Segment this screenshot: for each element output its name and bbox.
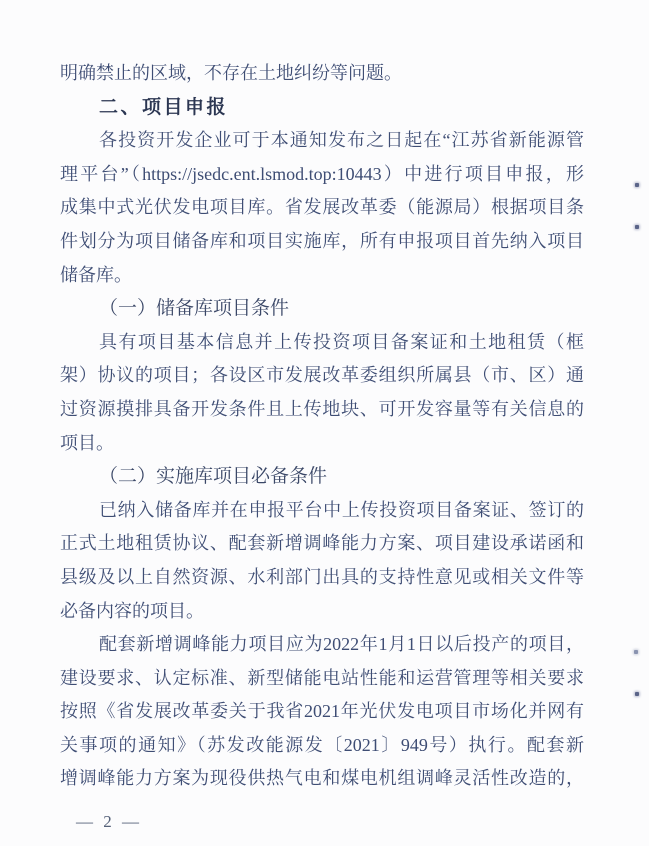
text-line: 已纳入储备库并在申报平台中上传投资项目备案证、签订的: [60, 494, 584, 528]
subsection-heading: （一）储备库项目条件: [60, 292, 584, 326]
text-line: 按照《省发展改革委关于我省2021年光伏发电项目市场化并网有: [60, 695, 584, 729]
text-line: 建设要求、认定标准、新型储能电站性能和运营管理等相关要求: [60, 662, 584, 696]
text-line: 具有项目基本信息并上传投资项目备案证和土地租赁（框: [60, 326, 584, 360]
document-page: 明确禁止的区域，不存在土地纠纷等问题。二、项目申报各投资开发企业可于本通知发布之…: [0, 0, 649, 846]
text-line: 关事项的通知》（苏发改能源发〔2021〕949号）执行。配套新: [60, 729, 584, 763]
text-line: 正式土地租赁协议、配套新增调峰能力方案、项目建设承诺函和: [60, 527, 584, 561]
scan-speck: [635, 225, 639, 229]
text-line: 必备内容的项目。: [60, 595, 584, 629]
text-line: 架）协议的项目；各设区市发展改革委组织所属县（市、区）通: [60, 359, 584, 393]
scan-speck: [635, 183, 639, 187]
scan-speck: [635, 692, 639, 696]
text-line: 各投资开发企业可于本通知发布之日起在“江苏省新能源管: [60, 124, 584, 158]
text-column: 明确禁止的区域，不存在土地纠纷等问题。二、项目申报各投资开发企业可于本通知发布之…: [60, 57, 584, 796]
text-line: 件划分为项目储备库和项目实施库，所有申报项目首先纳入项目: [60, 225, 584, 259]
text-line: 理平台”（https://jsedc.ent.lsmod.top:10443）中…: [60, 158, 584, 192]
text-line: 明确禁止的区域，不存在土地纠纷等问题。: [60, 57, 584, 91]
text-line: 过资源摸排具备开发条件且上传地块、可开发容量等有关信息的: [60, 393, 584, 427]
section-heading: 二、项目申报: [60, 91, 584, 125]
text-line: 成集中式光伏发电项目库。省发展改革委（能源局）根据项目条: [60, 191, 584, 225]
page-number: — 2 —: [76, 812, 142, 832]
text-line: 储备库。: [60, 259, 584, 293]
text-line: 县级及以上自然资源、水利部门出具的支持性意见或相关文件等: [60, 561, 584, 595]
scan-speck: [634, 650, 638, 654]
text-line: 配套新增调峰能力项目应为2022年1月1日以后投产的项目，: [60, 628, 584, 662]
text-line: 项目。: [60, 427, 584, 461]
text-line: 增调峰能力方案为现役供热气电和煤电机组调峰灵活性改造的，: [60, 762, 584, 796]
subsection-heading: （二）实施库项目必备条件: [60, 460, 584, 494]
